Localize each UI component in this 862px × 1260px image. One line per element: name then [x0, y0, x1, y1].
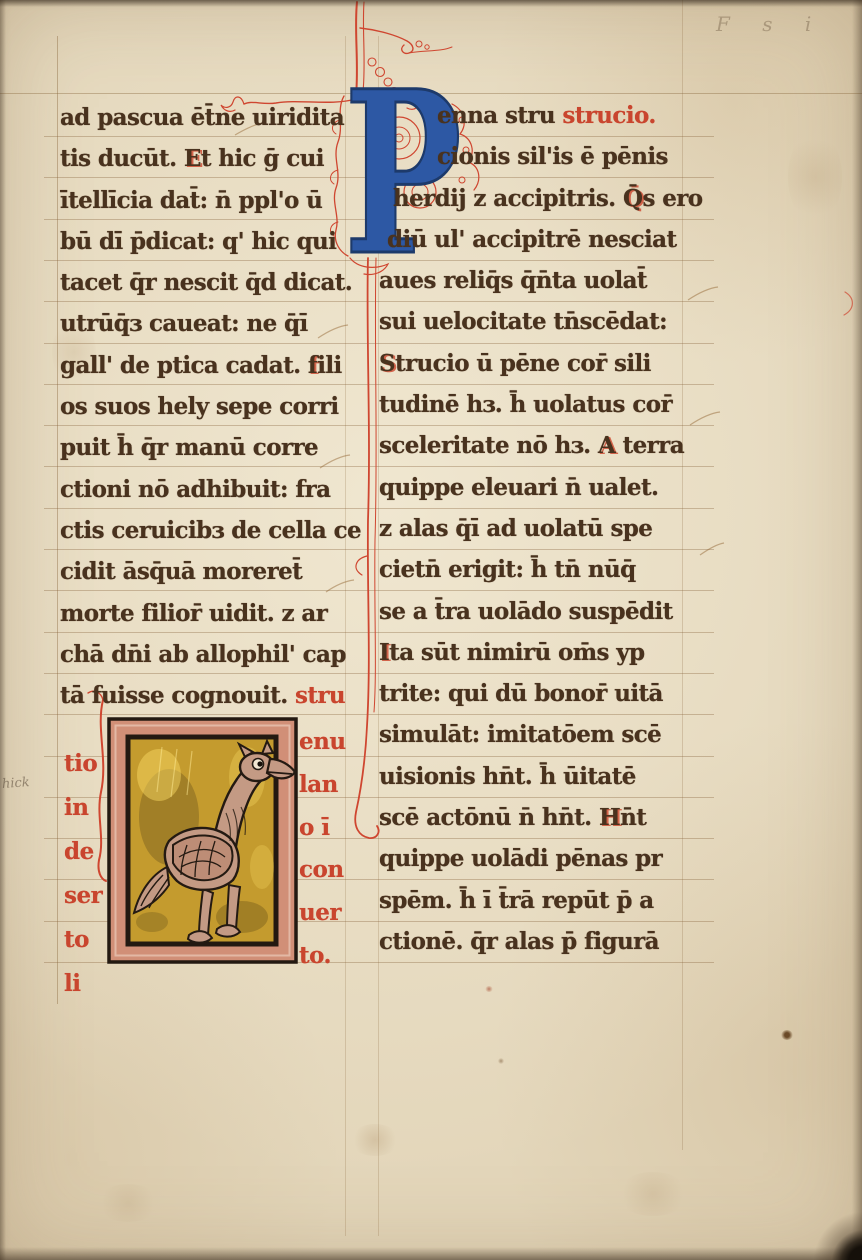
- body-text: terra: [615, 432, 684, 459]
- body-text: ctis ceruicibɜ de cella ce: [60, 517, 361, 544]
- body-text: trucio ū pēne cor̄ sili: [395, 350, 651, 377]
- body-text: ad pascua ēt̄ne uiridita: [60, 104, 344, 131]
- body-text: scē actōnū n̄ hn̄t.: [379, 804, 599, 831]
- text-line: bū dī p̄dicat: q' hic qui: [60, 228, 352, 269]
- rubric-fragment: uer: [299, 899, 341, 926]
- rubric-text: stru: [295, 682, 345, 709]
- rubric-fragment: to: [64, 926, 89, 953]
- body-text: H: [599, 804, 620, 831]
- body-text: z alas q̄ī ad uolatū spe: [379, 515, 652, 542]
- text-line: tacet q̄r nescit q̄d dicat.: [60, 269, 352, 310]
- text-line: tis ducūt. Et hic ḡ cui: [60, 145, 352, 186]
- body-text: enna stru: [437, 102, 562, 129]
- body-text: sui uelocitate tn̄scēdat:: [379, 308, 667, 335]
- body-text: f: [308, 352, 317, 379]
- body-text: chā dn̄i ab allophil' cap: [60, 641, 346, 668]
- parchment-stain: [788, 130, 842, 224]
- folio-mark: F s i: [716, 12, 846, 36]
- rubric-fragment: ser: [64, 882, 102, 909]
- body-text: sceleritate nō hɜ.: [379, 432, 598, 459]
- body-text: herdij z accipitris.: [393, 185, 623, 212]
- text-line: cietn̄ erigit: h̄ tn̄ nūq̄: [379, 556, 711, 597]
- page-corner-curl: [782, 1180, 862, 1260]
- body-text: trite: qui dū bonor̄ uitā: [379, 680, 663, 707]
- body-text: t hic ḡ cui: [201, 145, 324, 172]
- rubric-fragment: enu: [299, 728, 346, 755]
- body-text: utrūq̄ɜ caueat: ne q̄ī: [60, 310, 308, 337]
- body-text: S: [379, 350, 395, 377]
- body-text: A: [598, 432, 615, 459]
- ostrich-miniature: [107, 717, 298, 964]
- text-line: Ita sūt nimirū om̄s yp: [379, 639, 711, 680]
- text-line: puit h̄ q̄r manū corre: [60, 434, 352, 475]
- body-text: spēm. h̄ ī t̄rā repūt p̄ a: [379, 887, 654, 914]
- body-text: os suos hely sepe corri: [60, 393, 339, 420]
- body-text: cidit āsq̄uā moreret̄: [60, 558, 302, 585]
- body-text: quippe uolādi pēnas pr: [379, 845, 662, 872]
- rubric-fragment: lan: [299, 771, 338, 798]
- text-line: tudinē hɜ. h̄ uolatus cor̄: [379, 391, 711, 432]
- rubric-fragment: de: [64, 838, 94, 865]
- body-text: ili: [317, 352, 341, 379]
- body-text: cietn̄ erigit: h̄ tn̄ nūq̄: [379, 556, 636, 583]
- body-text: ctioni nō adhibuit: fra: [60, 476, 330, 503]
- page-edge-top: [0, 0, 862, 7]
- text-line: herdij z accipitris. Q̄s ero: [379, 185, 711, 226]
- body-text: tā fuisse cognouit.: [60, 682, 295, 709]
- body-text: tacet q̄r nescit q̄d dicat.: [60, 269, 352, 296]
- body-text: simulāt: imitatōem scē: [379, 721, 661, 748]
- ostrich-wing: [173, 835, 233, 880]
- rubric-text: strucio.: [562, 102, 655, 129]
- body-text: bū dī p̄dicat: q' hic qui: [60, 228, 336, 255]
- text-line: os suos hely sepe corri: [60, 393, 352, 434]
- parchment-stain: [498, 1058, 504, 1064]
- text-line: chā dn̄i ab allophil' cap: [60, 641, 352, 682]
- page-edge-right: [852, 0, 862, 1260]
- body-text: puit h̄ q̄r manū corre: [60, 434, 318, 461]
- text-line: ītellīcia dat̄: n̄ ppl'o ū: [60, 187, 352, 228]
- manuscript-page: P ad pascua ēt̄ne uiriditatis ducūt. Et …: [0, 0, 862, 1260]
- text-line: se a t̄ra uolādo suspēdit: [379, 598, 711, 639]
- text-line: morte filior̄ uidit. z ar: [60, 600, 352, 641]
- rubric-fragment: li: [64, 970, 80, 997]
- text-line: ctionē. q̄r alas p̄ figurā: [379, 928, 711, 969]
- body-text: tis ducūt.: [60, 145, 184, 172]
- body-text: aues reliq̄s q̄n̄ta uolat̄: [379, 267, 647, 294]
- body-text: E: [184, 145, 201, 172]
- text-line: Strucio ū pēne cor̄ sili: [379, 350, 711, 391]
- parchment-stain: [781, 1030, 793, 1040]
- text-line: ctioni nō adhibuit: fra: [60, 476, 352, 517]
- body-text: ītellīcia dat̄: n̄ ppl'o ū: [60, 187, 322, 214]
- body-text: Q̄: [623, 185, 642, 212]
- text-line: quippe eleuari n̄ ualet.: [379, 474, 711, 515]
- text-line: utrūq̄ɜ caueat: ne q̄ī: [60, 310, 352, 351]
- text-line: diū ul' accipitrē nesciat: [379, 226, 711, 267]
- text-line: cionis sil'is ē pēnis: [379, 143, 711, 184]
- text-line: cidit āsq̄uā moreret̄: [60, 558, 352, 599]
- body-text: morte filior̄ uidit. z ar: [60, 600, 327, 627]
- text-line: trite: qui dū bonor̄ uitā: [379, 680, 711, 721]
- body-text: se a t̄ra uolādo suspēdit: [379, 598, 673, 625]
- rubric-fragment: tio: [64, 750, 97, 777]
- text-line: ctis ceruicibɜ de cella ce: [60, 517, 352, 558]
- rubric-fragment: o ī: [299, 814, 330, 841]
- rubric-fragment: to.: [299, 942, 331, 969]
- body-text: ctionē. q̄r alas p̄ figurā: [379, 928, 659, 955]
- body-text: tudinē hɜ. h̄ uolatus cor̄: [379, 391, 672, 418]
- body-text: I: [379, 639, 389, 666]
- parchment-stain: [616, 1172, 690, 1216]
- text-line: sceleritate nō hɜ. A terra: [379, 432, 711, 473]
- parchment-stain: [96, 1184, 160, 1222]
- margin-pencil-note: hick: [2, 775, 31, 792]
- body-text: n̄t: [620, 804, 646, 831]
- text-line: quippe uolādi pēnas pr: [379, 845, 711, 886]
- parchment-stain: [485, 986, 493, 992]
- body-text: ta sūt nimirū om̄s yp: [389, 639, 644, 666]
- parchment-stain: [350, 1124, 400, 1156]
- text-line: sui uelocitate tn̄scēdat:: [379, 308, 711, 349]
- rubric-fragment: con: [299, 856, 344, 883]
- right-text-column: enna stru strucio.cionis sil'is ē pēnish…: [379, 102, 711, 969]
- text-line: aues reliq̄s q̄n̄ta uolat̄: [379, 267, 711, 308]
- left-text-column: ad pascua ēt̄ne uiriditatis ducūt. Et hi…: [60, 104, 352, 723]
- text-line: uisionis hn̄t. h̄ ūitatē: [379, 763, 711, 804]
- text-line: simulāt: imitatōem scē: [379, 721, 711, 762]
- body-text: cionis sil'is ē pēnis: [437, 143, 668, 170]
- rubric-fragment: in: [64, 794, 88, 821]
- text-line: gall' de ptica cadat. fili: [60, 352, 352, 393]
- body-text: gall' de ptica cadat.: [60, 352, 308, 379]
- body-text: diū ul' accipitrē nesciat: [387, 226, 676, 253]
- body-text: quippe eleuari n̄ ualet.: [379, 474, 658, 501]
- page-edge-left: [0, 0, 6, 1260]
- text-line: ad pascua ēt̄ne uiridita: [60, 104, 352, 145]
- text-line: z alas q̄ī ad uolatū spe: [379, 515, 711, 556]
- body-text: uisionis hn̄t. h̄ ūitatē: [379, 763, 636, 790]
- body-text: s ero: [642, 185, 702, 212]
- page-edge-bottom: [0, 1247, 862, 1260]
- ruling-line-horizontal: [0, 93, 862, 94]
- text-line: scē actōnū n̄ hn̄t. Hn̄t: [379, 804, 711, 845]
- text-line: enna stru strucio.: [379, 102, 711, 143]
- ruling-line-vertical: [57, 36, 58, 1004]
- text-line: spēm. h̄ ī t̄rā repūt p̄ a: [379, 887, 711, 928]
